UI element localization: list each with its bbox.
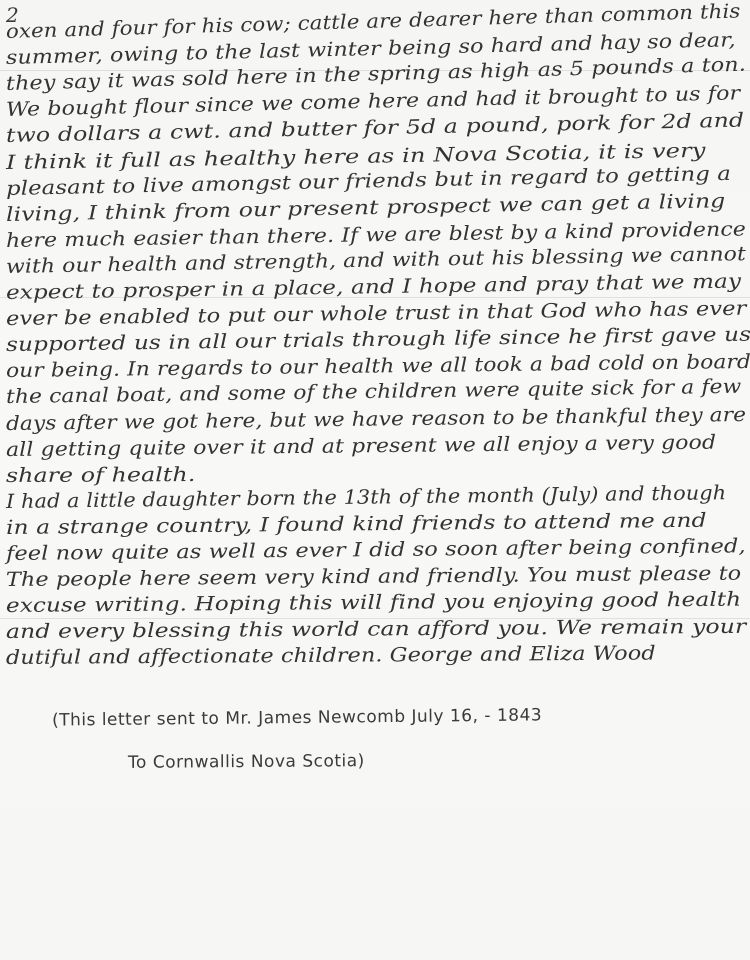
letter-line: all getting quite over it and at present… — [6, 430, 716, 460]
letter-line: excuse writing. Hoping this will find yo… — [6, 588, 741, 617]
letter-line: in a strange country, I found kind frien… — [6, 509, 707, 539]
letter-line: dutiful and affectionate children. Georg… — [6, 642, 656, 670]
letter-line: The people here seem very kind and frien… — [6, 562, 741, 591]
letter-page: 2 oxen and four for his cow; cattle are … — [0, 0, 750, 960]
letter-line: and every blessing this world can afford… — [6, 615, 746, 643]
letter-line: feel now quite as well as ever I did so … — [6, 534, 746, 565]
archival-note-line-1: (This letter sent to Mr. James Newcomb J… — [52, 705, 542, 730]
letter-line: days after we got here, but we have reas… — [6, 402, 746, 434]
letter-line: share of health. — [6, 463, 196, 487]
archival-note-line-2: To Cornwallis Nova Scotia) — [128, 751, 365, 773]
